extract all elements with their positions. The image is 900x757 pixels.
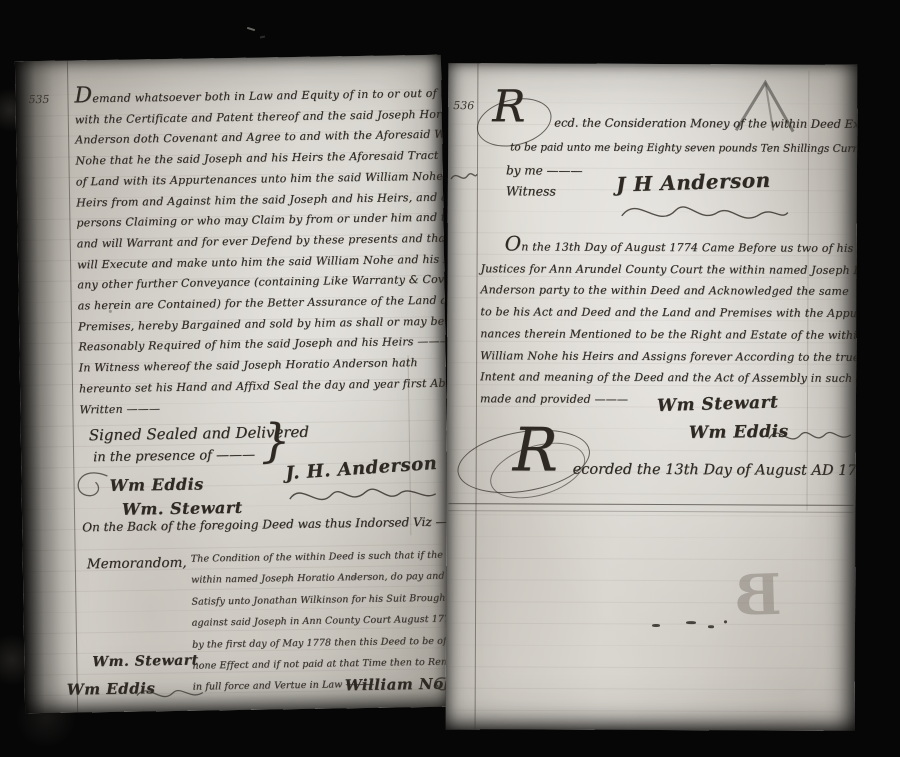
justice-signature: Wm Stewart xyxy=(657,392,779,416)
recorded-text: ecorded the 13th Day of August AD 1774 xyxy=(573,462,858,479)
memo-witness-signature: Wm. Stewart xyxy=(92,653,198,671)
ack-text-line: to be his Act and Deed and the Land and … xyxy=(480,301,856,324)
attestation-brace: } xyxy=(260,413,290,467)
receipt-signature: J H Anderson xyxy=(616,168,771,197)
ack-text-line: On the 13th Day of August 1774 Came Befo… xyxy=(481,233,857,259)
ink-speck xyxy=(353,576,357,579)
ack-text-line: Anderson party to the within Deed and Ac… xyxy=(480,280,856,303)
margin-rule xyxy=(475,63,479,729)
witness-signature: Wm. Stewart xyxy=(122,498,243,519)
scanned-deed-book-spread: 535 Demand whatsoever both in Law and Eq… xyxy=(0,0,900,757)
ack-text-line: William Nohe his Heirs and Assigns forev… xyxy=(480,345,856,368)
grantor-signature: J. H. Anderson xyxy=(285,453,438,484)
ledger-divider-rule xyxy=(449,510,854,513)
ink-speck xyxy=(708,625,714,628)
page-number: 536 xyxy=(453,99,474,112)
ack-text-line: nances therein Mentioned to be the Right… xyxy=(480,323,856,346)
signature-flourish xyxy=(288,485,438,507)
deed-body-paragraph: Demand whatsoever both in Law and Equity… xyxy=(74,81,441,421)
margin-squiggle xyxy=(450,169,478,185)
ink-speck xyxy=(686,621,696,624)
receipt-text-line: to be paid unto me being Eighty seven po… xyxy=(510,141,857,155)
receipt-initial: R xyxy=(492,81,525,132)
ink-speck xyxy=(652,624,660,627)
scan-scratch xyxy=(260,36,265,39)
scan-scratch xyxy=(247,27,255,31)
signature-flourish xyxy=(69,468,110,509)
ink-speck xyxy=(174,659,177,662)
recorded-initial: R xyxy=(513,415,558,485)
witness-signature: Wm Eddis xyxy=(109,474,203,494)
attestation-line: in the presence of ——— xyxy=(93,448,255,466)
signature-flourish xyxy=(620,202,790,227)
left-page: 535 Demand whatsoever both in Law and Eq… xyxy=(15,55,451,714)
ledger-divider-rule xyxy=(449,503,854,506)
receipt-text-line: by me ——— xyxy=(506,163,583,177)
watermark-letter: B xyxy=(733,562,782,629)
acknowledgment-paragraph: On the 13th Day of August 1774 Came Befo… xyxy=(480,233,857,411)
right-page: 536 R ecd. the Consideration Money of th… xyxy=(446,63,858,731)
signature-flourish xyxy=(767,427,853,449)
page-number: 535 xyxy=(28,93,49,106)
signature-flourish xyxy=(135,684,205,703)
ack-text-line: Justices for Ann Arundel County Court th… xyxy=(481,258,857,281)
receipt-text-line: ecd. the Consideration Money of the with… xyxy=(554,116,857,132)
ink-speck xyxy=(109,310,112,313)
ink-speck xyxy=(724,620,727,623)
memorandum-label: Memorandom, xyxy=(87,555,187,573)
witness-label: Witness xyxy=(506,183,556,198)
ack-text-line: Intent and meaning of the Deed and the A… xyxy=(480,366,856,389)
